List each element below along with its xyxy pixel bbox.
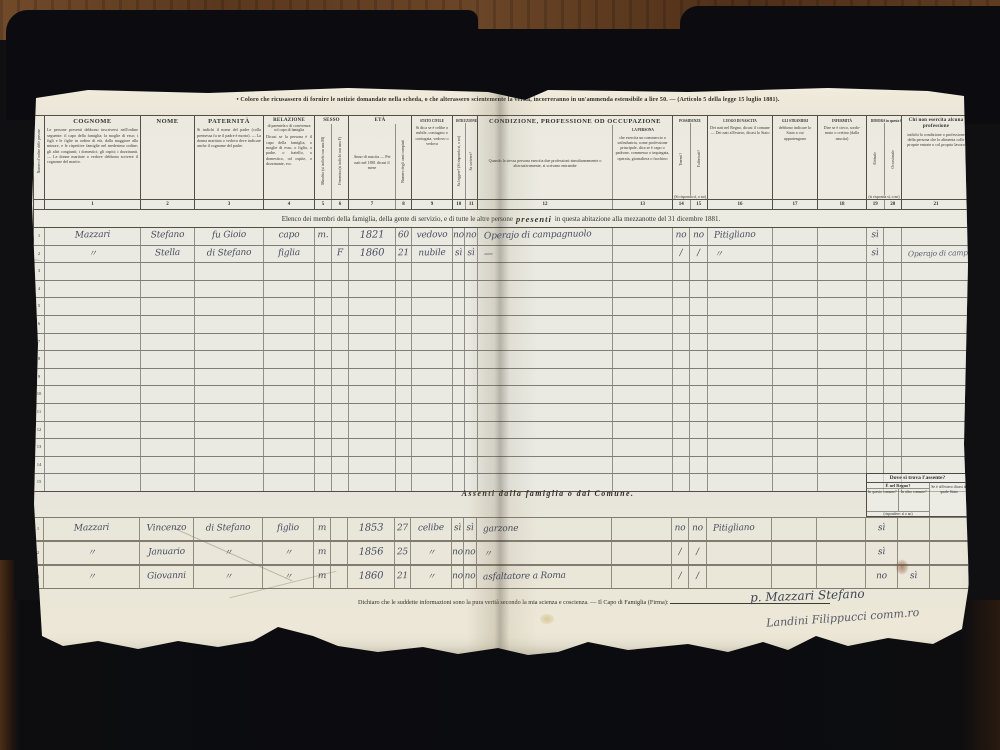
cell-nome bbox=[141, 412, 194, 413]
col-istruzione-header: ISTRUZIONE Sa leggere? (Si risponda sì, … bbox=[453, 116, 478, 209]
cell-anno-nascita bbox=[349, 377, 395, 378]
cell-stato-civile: 〃 bbox=[411, 545, 451, 559]
cell-nome bbox=[141, 289, 194, 290]
table-row: 1 Mazzari Vincenzo di Stefano figlio m 1… bbox=[33, 517, 969, 541]
cell-professione bbox=[478, 288, 612, 291]
cell-cognome bbox=[45, 341, 140, 343]
cell-in-questo-comune: sì bbox=[866, 547, 897, 558]
cell-professione bbox=[478, 376, 612, 379]
cell-chi-alimenta: Operajo di campagna bbox=[902, 248, 970, 258]
table-row: 4 bbox=[34, 281, 968, 299]
col-note: indichi la condizione o professione dell… bbox=[902, 130, 970, 148]
col-dimora-header: DIMORA in questo Comune Abituale Occasio… bbox=[867, 116, 902, 209]
cell-luogo-nascita bbox=[707, 576, 771, 577]
cell-cognome bbox=[45, 394, 140, 396]
cell-anno-nascita bbox=[349, 447, 395, 448]
cell-sesso-m: m bbox=[314, 523, 330, 533]
sub-sa-scrivere: Sa scrivere? bbox=[469, 152, 473, 170]
cell-cognome: Mazzari bbox=[45, 230, 140, 242]
cell-sa-leggere: no bbox=[452, 571, 463, 581]
cell-paternita: di Stefano bbox=[194, 522, 262, 533]
cell-cognome bbox=[45, 288, 140, 290]
cell-in-altro-comune: sì bbox=[898, 571, 929, 582]
cell-nome: Januario bbox=[140, 547, 193, 558]
cell-luogo-nascita bbox=[708, 376, 772, 377]
cell-professione bbox=[478, 411, 612, 414]
col-title: STATO CIVILE bbox=[416, 116, 447, 123]
table-row: 7 bbox=[34, 334, 968, 352]
table-row: 1 Mazzari Stefano fu Gioio capo m. 1821 … bbox=[34, 228, 968, 246]
cell-anno-nascita bbox=[349, 412, 395, 413]
cell-sesso-f: F bbox=[332, 248, 348, 258]
cell-anno-nascita: 1860 bbox=[349, 247, 395, 259]
cell-anni-compiuti: 27 bbox=[395, 523, 410, 533]
cell-stato-estero bbox=[930, 577, 968, 578]
cell-anno-nascita bbox=[349, 289, 395, 290]
cell-cognome bbox=[45, 482, 140, 484]
col-title: CONDIZIONE, PROFESSIONE OD OCCUPAZIONE bbox=[478, 116, 672, 125]
row-number: 8 bbox=[34, 351, 44, 368]
cell-cognome bbox=[45, 464, 140, 466]
cell-nome bbox=[141, 359, 194, 360]
cell-sa-scrivere: sì bbox=[465, 248, 477, 258]
cell-relazione bbox=[264, 289, 314, 290]
cell-chi-alimenta bbox=[902, 447, 970, 448]
table-row: 14 bbox=[34, 457, 968, 475]
cell-anno-nascita bbox=[349, 482, 395, 483]
col-title: ETÀ bbox=[349, 116, 411, 124]
cell-nome bbox=[141, 429, 194, 430]
cell-luogo-nascita bbox=[707, 552, 771, 553]
table-row: 11 bbox=[34, 404, 968, 422]
cell-luogo-nascita bbox=[708, 288, 772, 289]
sub-due-professioni: Quando la stessa persona esercita due pr… bbox=[478, 156, 612, 169]
cell-professione bbox=[478, 393, 612, 396]
row-number: 13 bbox=[34, 439, 44, 456]
cell-stato-civile bbox=[412, 429, 452, 430]
cell-nome bbox=[141, 447, 194, 448]
cell-chi-alimenta bbox=[902, 394, 970, 395]
band-post: in questa abitazione alla mezzanotte del… bbox=[555, 215, 720, 223]
cell-cognome: 〃 bbox=[44, 544, 139, 559]
cell-stato-civile: celibe bbox=[411, 523, 451, 534]
box-altro-comune: In altro comune? bbox=[899, 489, 930, 511]
cell-cognome bbox=[45, 270, 140, 272]
band-presenti: presenti bbox=[516, 214, 552, 224]
col-title: POSSIDENZE bbox=[677, 116, 704, 123]
cell-professione bbox=[478, 446, 612, 449]
cell-chi-alimenta bbox=[902, 306, 970, 307]
cell-paternita: fu Gioio bbox=[195, 230, 263, 241]
cell-paternita: 〃 bbox=[194, 545, 262, 559]
cell-sa-scrivere: no bbox=[464, 547, 476, 557]
col-condizione-header: CONDIZIONE, PROFESSIONE OD OCCUPAZIONE Q… bbox=[478, 116, 673, 209]
cell-chi-alimenta bbox=[902, 412, 970, 413]
sub-terreni: Terreni? bbox=[679, 153, 683, 166]
cell-chi-alimenta bbox=[902, 429, 970, 430]
cell-anni-compiuti: 25 bbox=[395, 547, 410, 557]
cell-terreni: / bbox=[673, 248, 689, 258]
cell-luogo-nascita bbox=[708, 324, 772, 325]
table-row: 2 〃 Stella di Stefano figlia F 1860 21 n… bbox=[34, 246, 968, 264]
sub-anno-nascita: Anno di nascita — Pei nati nel 1881 dica… bbox=[349, 152, 395, 170]
col-note: Si dica se è celibe o nubile, coniugato … bbox=[412, 123, 452, 146]
cell-cognome bbox=[45, 323, 140, 325]
box-estero: Se è all'estero dicasi in quale Stato bbox=[930, 483, 968, 516]
cell-stato-civile bbox=[412, 359, 452, 360]
cell-relazione bbox=[264, 464, 314, 465]
cell-anno-nascita bbox=[349, 341, 395, 342]
cell-anni-compiuti: 60 bbox=[396, 230, 411, 240]
col-paternita-header: PATERNITÀ Si indichi il nome del padre (… bbox=[195, 116, 264, 209]
cell-nome: Stella bbox=[141, 248, 194, 259]
cell-luogo-nascita bbox=[708, 359, 772, 360]
cell-in-altro-comune bbox=[898, 553, 929, 554]
cell-stato-civile: 〃 bbox=[411, 569, 451, 583]
cell-in-questo-comune: no bbox=[866, 571, 897, 582]
cell-cognome bbox=[45, 411, 140, 413]
cell-anno-nascita bbox=[349, 429, 395, 430]
table-header: Numero d'ordine delle persone COGNOME Le… bbox=[33, 115, 969, 210]
cell-cognome bbox=[45, 446, 140, 448]
census-form-paper: • Coloro che ricusassero di fornire le n… bbox=[28, 84, 972, 657]
cell-chi-alimenta bbox=[902, 464, 970, 465]
cell-paternita bbox=[195, 482, 263, 483]
col-note: Si indichi il nome del padre (colla prem… bbox=[195, 125, 263, 148]
col-note: Dicasi se la persona è il capo della fam… bbox=[264, 132, 314, 166]
cell-paternita bbox=[195, 376, 263, 377]
cell-professione bbox=[478, 323, 612, 326]
col-stato-civile-header: STATO CIVILE Si dica se è celibe o nubil… bbox=[412, 116, 453, 209]
cell-relazione bbox=[264, 377, 314, 378]
cell-professione: — bbox=[478, 247, 612, 260]
sub-occasionale: Occasionale bbox=[891, 150, 895, 169]
cell-nome bbox=[141, 394, 194, 395]
sub-maschio: Maschio (si indichi con una M) bbox=[321, 137, 325, 185]
col-note: debbono indicare lo Stato a cui apparten… bbox=[773, 123, 817, 141]
table-row: 10 bbox=[34, 386, 968, 404]
box-title: Dove si trova l'assente? bbox=[867, 474, 968, 483]
cell-chi-alimenta bbox=[902, 324, 970, 325]
row-number: 2 bbox=[34, 246, 44, 263]
col-chi-non-esercita-header: Chi non esercita alcuna professione indi… bbox=[902, 116, 970, 209]
row-number: 11 bbox=[34, 404, 44, 421]
cell-relazione bbox=[264, 306, 314, 307]
row-number: 1 bbox=[33, 518, 43, 540]
cell-relazione bbox=[264, 482, 314, 483]
photo-scene: • Coloro che ricusassero di fornire le n… bbox=[0, 0, 1000, 750]
row-number: 2 bbox=[33, 542, 43, 564]
cell-stato-civile bbox=[412, 447, 452, 448]
cell-stato-civile bbox=[412, 271, 452, 272]
col-title: Chi non esercita alcuna professione bbox=[902, 116, 970, 130]
cell-luogo-nascita bbox=[708, 447, 772, 448]
row-number: 7 bbox=[34, 334, 44, 351]
band-pre: Elenco dei membri della famiglia, della … bbox=[282, 215, 513, 223]
cell-sesso-m: m bbox=[314, 571, 330, 581]
col-nome-header: NOME 2 bbox=[141, 116, 195, 209]
cell-cognome: 〃 bbox=[44, 568, 139, 583]
cell-stato-civile bbox=[412, 394, 452, 395]
row-number: 4 bbox=[34, 281, 44, 298]
col-title: LUOGO DI NASCITA bbox=[715, 116, 765, 123]
assenti-table: 1 Mazzari Vincenzo di Stefano figlio m 1… bbox=[33, 517, 969, 589]
cell-nome bbox=[141, 306, 194, 307]
cell-sa-scrivere: no bbox=[465, 230, 477, 240]
sub-abituale: Abituale bbox=[873, 152, 877, 165]
cell-sa-scrivere: sì bbox=[464, 523, 476, 533]
cell-paternita: di Stefano bbox=[195, 247, 263, 258]
cell-stato-estero bbox=[930, 553, 968, 554]
box-note: (rispondere: sì o no) bbox=[867, 511, 929, 516]
cell-nome bbox=[141, 341, 194, 342]
cell-terreni: no bbox=[672, 523, 688, 533]
box-questo-comune: In questo comune? bbox=[867, 489, 899, 511]
col-title: NOME bbox=[141, 116, 194, 125]
cell-fabbricati: no bbox=[689, 523, 706, 533]
cell-cognome: 〃 bbox=[45, 245, 140, 260]
declaration-text: Dichiaro che le suddette informazioni so… bbox=[358, 599, 668, 606]
cell-luogo-nascita bbox=[708, 464, 772, 465]
cell-fabbricati: no bbox=[690, 230, 707, 240]
cell-fabbricati: / bbox=[689, 571, 706, 581]
row-number: 14 bbox=[34, 457, 44, 474]
cell-paternita bbox=[195, 464, 263, 465]
cell-relazione bbox=[264, 359, 314, 360]
penalty-notice: • Coloro che ricusassero di fornire le n… bbox=[68, 97, 948, 103]
cell-dimora-abituale: sì bbox=[867, 248, 883, 258]
cell-luogo-nascita bbox=[708, 412, 772, 413]
row-number: 15 bbox=[34, 474, 44, 491]
cell-paternita: 〃 bbox=[194, 569, 262, 583]
col-relazione-header: RELAZIONE di parentela o di convivenza c… bbox=[264, 116, 315, 209]
cell-anno-nascita: 1853 bbox=[348, 522, 394, 534]
table-row: 9 bbox=[34, 369, 968, 387]
cell-nome bbox=[141, 464, 194, 465]
paper-stain bbox=[540, 614, 554, 624]
cell-stato-civile bbox=[412, 465, 452, 466]
cell-professione bbox=[478, 358, 612, 361]
cell-relazione bbox=[264, 271, 314, 272]
cell-stato-civile: vedovo bbox=[412, 230, 452, 241]
cell-paternita bbox=[195, 394, 263, 395]
row-number: 9 bbox=[34, 369, 44, 386]
cell-stato-civile bbox=[412, 412, 452, 413]
cell-sa-leggere: sì bbox=[453, 248, 464, 258]
cell-nome bbox=[141, 324, 194, 325]
col-note: Dei nati nel Regno, dicasi il comune — D… bbox=[708, 123, 772, 136]
cell-stato-civile bbox=[412, 377, 452, 378]
cell-luogo-nascita bbox=[708, 394, 772, 395]
cell-terreni: / bbox=[672, 547, 688, 557]
cell-anni-compiuti: 21 bbox=[396, 248, 411, 258]
cell-paternita bbox=[195, 412, 263, 413]
cell-relazione: 〃 bbox=[263, 545, 313, 559]
col-subtitle: di parentela o di convivenza col capo di… bbox=[264, 124, 314, 133]
cell-relazione bbox=[264, 324, 314, 325]
cell-stato-civile bbox=[412, 324, 452, 325]
wood-edge-left bbox=[0, 560, 14, 750]
cell-relazione bbox=[264, 429, 314, 430]
cell-stato-civile bbox=[412, 482, 452, 483]
sub-sa-leggere: Sa leggere? (Si risponda sì, o no) bbox=[457, 136, 461, 186]
row-number: 12 bbox=[34, 422, 44, 439]
cell-paternita bbox=[195, 447, 263, 448]
cell-relazione bbox=[264, 412, 314, 413]
cell-professione bbox=[478, 464, 612, 467]
cell-cognome bbox=[45, 429, 140, 431]
cell-terreni: / bbox=[672, 571, 688, 581]
sub-anni-compiuti: Numero degli anni compiuti bbox=[401, 140, 405, 183]
cell-cognome bbox=[45, 306, 140, 308]
col-infermita-header: INFERMITÀ Dire se è cieco, sordo-muto o … bbox=[818, 116, 867, 209]
col-number-header: Numero d'ordine delle persone bbox=[34, 116, 45, 209]
cell-cognome bbox=[45, 358, 140, 360]
sub-la-persona-title: LA PERSONA bbox=[632, 125, 654, 132]
cell-anni-compiuti: 21 bbox=[395, 571, 410, 581]
cell-luogo-nascita: Pitigliano bbox=[708, 230, 772, 241]
presenti-rows: 1 Mazzari Stefano fu Gioio capo m. 1821 … bbox=[33, 228, 969, 492]
col-title: COGNOME bbox=[45, 116, 140, 125]
row-number: 3 bbox=[33, 566, 43, 588]
cell-professione: garzone bbox=[477, 522, 611, 535]
col-number-label: Numero d'ordine delle persone bbox=[37, 129, 41, 173]
cell-stato-estero bbox=[930, 529, 968, 530]
cell-nome: Stefano bbox=[141, 230, 194, 241]
cell-professione: Operajo di campagnuolo bbox=[478, 229, 612, 242]
col-title: DIMORA in questo Comune bbox=[871, 116, 898, 123]
dove-si-trova-assente-box: Dove si trova l'assente? È nel Regno? In… bbox=[866, 473, 969, 517]
cell-nome: Vincenzo bbox=[140, 523, 193, 534]
cell-sesso-m: m. bbox=[315, 230, 331, 240]
col-stranieri-header: GLI STRANIERI debbono indicare lo Stato … bbox=[773, 116, 818, 209]
cell-sa-scrivere: no bbox=[464, 571, 476, 581]
cell-chi-alimenta bbox=[902, 236, 970, 237]
cell-luogo-nascita bbox=[708, 271, 772, 272]
col-title: GLI STRANIERI bbox=[778, 116, 812, 123]
table-row: 3 bbox=[34, 263, 968, 281]
col-note: Dire se è cieco, sordo-muto o cretino (d… bbox=[818, 123, 866, 141]
table-row: 2 〃 Januario 〃 〃 m 1856 25 〃 no no 〃 / / bbox=[33, 541, 969, 565]
census-table: Numero d'ordine delle persone COGNOME Le… bbox=[33, 115, 969, 492]
row-number: 6 bbox=[34, 316, 44, 333]
cell-sa-leggere: no bbox=[453, 230, 464, 240]
cell-luogo-nascita bbox=[708, 306, 772, 307]
table-row: 6 bbox=[34, 316, 968, 334]
cell-anno-nascita bbox=[349, 465, 395, 466]
cell-paternita bbox=[195, 429, 263, 430]
cell-stato-civile bbox=[412, 341, 452, 342]
cell-nome bbox=[141, 482, 194, 483]
table-row: 8 bbox=[34, 351, 968, 369]
table-row: 3 〃 Giovanni 〃 〃 m 1860 21 〃 no no asfal… bbox=[33, 565, 969, 589]
cell-chi-alimenta bbox=[902, 271, 970, 272]
cell-nome: Giovanni bbox=[140, 571, 193, 582]
cell-stato-civile bbox=[412, 306, 452, 307]
cell-anno-nascita bbox=[349, 394, 395, 395]
cell-professione bbox=[478, 270, 612, 273]
col-note: Le persone presenti debbono inscriversi … bbox=[45, 125, 140, 164]
row-number: 1 bbox=[34, 228, 44, 245]
cell-luogo-nascita: 〃 bbox=[708, 246, 772, 260]
table-row: 12 bbox=[34, 422, 968, 440]
col-possidenze-header: POSSIDENZE Terreni? Fabbricati? (Si risp… bbox=[673, 116, 708, 209]
cell-professione bbox=[478, 481, 612, 484]
cell-anno-nascita: 1860 bbox=[348, 570, 394, 582]
cell-sesso-m: m bbox=[314, 547, 330, 557]
sub-femmina: Femmina (si indichi con una F) bbox=[338, 137, 342, 185]
cell-cognome bbox=[45, 376, 140, 378]
cell-luogo-nascita: Pitigliano bbox=[707, 523, 771, 534]
sub-la-persona-note: che esercita un commercio o un'industria… bbox=[613, 133, 672, 162]
col-title: SESSO bbox=[315, 116, 348, 124]
table-row: 5 bbox=[34, 298, 968, 316]
cell-fabbricati: / bbox=[690, 248, 707, 258]
cell-luogo-nascita bbox=[708, 341, 772, 342]
col-title: PATERNITÀ bbox=[195, 116, 263, 125]
cell-sa-leggere: no bbox=[452, 547, 463, 557]
cell-luogo-nascita bbox=[708, 482, 772, 483]
cell-paternita bbox=[195, 288, 263, 289]
cell-paternita bbox=[195, 324, 263, 325]
cell-anno-nascita bbox=[349, 271, 395, 272]
cell-professione: 〃 bbox=[477, 544, 611, 560]
cell-fabbricati: / bbox=[689, 547, 706, 557]
assenti-section-title: Assenti dalla famiglia o dal Comune. bbox=[328, 489, 768, 498]
cell-relazione: figlia bbox=[264, 248, 314, 259]
cell-chi-alimenta bbox=[902, 288, 970, 289]
row-number: 5 bbox=[34, 298, 44, 315]
cell-chi-alimenta bbox=[902, 376, 970, 377]
cell-sa-leggere: sì bbox=[452, 523, 463, 533]
cell-relazione: capo bbox=[264, 230, 314, 241]
cell-paternita bbox=[195, 306, 263, 307]
presenti-section-title: Elenco dei membri della famiglia, della … bbox=[33, 210, 969, 228]
cell-professione bbox=[478, 305, 612, 308]
cell-stato-civile: nubile bbox=[412, 248, 452, 259]
cell-cognome: Mazzari bbox=[44, 522, 139, 534]
cell-dimora-abituale: sì bbox=[867, 230, 883, 240]
cell-anno-nascita bbox=[349, 359, 395, 360]
col-title: RELAZIONE bbox=[264, 116, 314, 124]
cell-professione bbox=[478, 340, 612, 343]
sub-fabbricati: Fabbricati? bbox=[697, 150, 701, 167]
cell-relazione bbox=[264, 341, 314, 342]
cell-in-questo-comune: sì bbox=[866, 523, 897, 534]
cell-paternita bbox=[195, 359, 263, 360]
cell-paternita bbox=[195, 271, 263, 272]
cell-nome bbox=[141, 376, 194, 377]
cell-anno-nascita: 1821 bbox=[349, 229, 395, 241]
col-title: INFERMITÀ bbox=[823, 116, 860, 123]
col-sesso-header: SESSO Maschio (si indichi con una M) Fem… bbox=[315, 116, 349, 209]
cell-luogo-nascita bbox=[708, 429, 772, 430]
cell-anno-nascita: 1856 bbox=[348, 546, 394, 558]
cell-paternita bbox=[195, 341, 263, 342]
cell-relazione bbox=[264, 447, 314, 448]
cell-in-altro-comune bbox=[898, 529, 929, 530]
cell-relazione: 〃 bbox=[263, 569, 313, 583]
table-row: 13 bbox=[34, 439, 968, 457]
cell-anno-nascita bbox=[349, 306, 395, 307]
cell-anno-nascita bbox=[349, 324, 395, 325]
row-number: 3 bbox=[34, 263, 44, 280]
cell-chi-alimenta bbox=[902, 359, 970, 360]
cell-terreni: no bbox=[673, 230, 689, 240]
cell-stato-civile bbox=[412, 289, 452, 290]
cell-chi-alimenta bbox=[902, 341, 970, 342]
cell-professione bbox=[478, 428, 612, 431]
